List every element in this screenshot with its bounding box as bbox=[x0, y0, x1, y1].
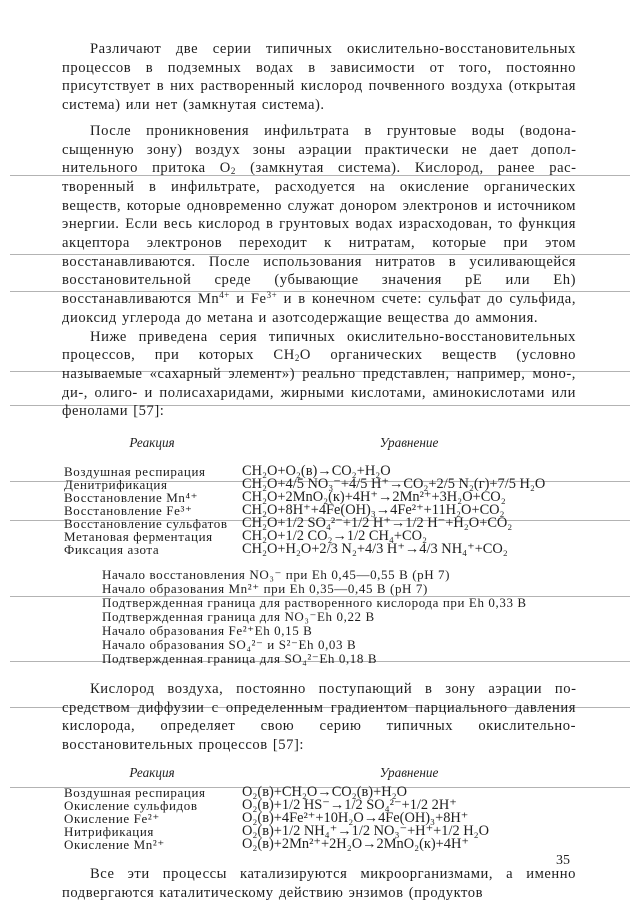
superscript: 4+ bbox=[219, 290, 230, 300]
table-row: Окисление Mn²⁺O₂(в)+2Mn²⁺+2H₂O→2MnO₂(к)+… bbox=[62, 838, 576, 851]
redox-limits-list: Начало восстановления NO₃⁻ при Eh 0,45—0… bbox=[102, 568, 576, 666]
redox-limit-item: Начало восстановления NO₃⁻ при Eh 0,45—0… bbox=[102, 568, 576, 582]
redox-limit-item: Начало образования SO₄²⁻ и S²⁻Eh 0,03 B bbox=[102, 638, 576, 652]
redox-limit-item: Начало образования Mn²⁺ при Eh 0,35—0,45… bbox=[102, 582, 576, 596]
reaction-name: Воздушная респирация bbox=[62, 786, 242, 799]
aerobic-reactions-table: Реакция Уравнение Воздушная респирацияO₂… bbox=[62, 766, 576, 851]
text-run: и Fe bbox=[230, 291, 267, 307]
redox-limit-item: Подтвержденная граница для SO₄²⁻Eh 0,18 … bbox=[102, 652, 576, 666]
reaction-name: Нитрификация bbox=[62, 825, 242, 838]
paragraph-4: Кислород воздуха, постоянно поступающий … bbox=[62, 680, 576, 755]
anaerobic-reactions-table: Реакция Уравнение Воздушная респирацияCH… bbox=[62, 436, 576, 556]
column-header-reaction: Реакция bbox=[62, 436, 242, 465]
reaction-equation: O₂(в)+2Mn²⁺+2H₂O→2MnO₂(к)+4H⁺ bbox=[242, 838, 576, 851]
paragraph-5: Все эти процессы катализируются микроорг… bbox=[62, 865, 576, 900]
text-run: (замкнутая система). Кислород, ранее рас… bbox=[62, 160, 576, 307]
column-header-equation: Уравнение bbox=[242, 766, 576, 786]
paragraph-3: Ниже приведена серия типичных окислитель… bbox=[62, 328, 576, 422]
reaction-name: Фиксация азота bbox=[62, 543, 242, 556]
table-row: Фиксация азотаCH₂O+H₂O+2/3 N₂+4/3 H⁺→4/3… bbox=[62, 543, 576, 556]
redox-limit-item: Подтвержденная граница для растворенного… bbox=[102, 596, 576, 610]
column-header-reaction: Реакция bbox=[62, 766, 242, 786]
reaction-name: Окисление Mn²⁺ bbox=[62, 838, 242, 851]
paragraph-2: После проникновения инфильтрата в грунто… bbox=[62, 122, 576, 328]
reaction-equation: CH₂O+H₂O+2/3 N₂+4/3 H⁺→4/3 NH₄⁺+CO₂ bbox=[242, 543, 576, 556]
page-number: 35 bbox=[556, 853, 570, 869]
column-header-equation: Уравнение bbox=[242, 436, 576, 465]
superscript: 3+ bbox=[267, 290, 278, 300]
reaction-name: Окисление сульфидов bbox=[62, 799, 242, 812]
document-page: Различают две серии типичных окислительн… bbox=[62, 40, 576, 900]
reaction-name: Окисление Fe²⁺ bbox=[62, 812, 242, 825]
redox-limit-item: Подтвержденная граница для NO₃⁻Eh 0,22 B bbox=[102, 610, 576, 624]
redox-limit-item: Начало образования Fe²⁺Eh 0,15 B bbox=[102, 624, 576, 638]
paragraph-1: Различают две серии типичных окислительн… bbox=[62, 40, 576, 115]
